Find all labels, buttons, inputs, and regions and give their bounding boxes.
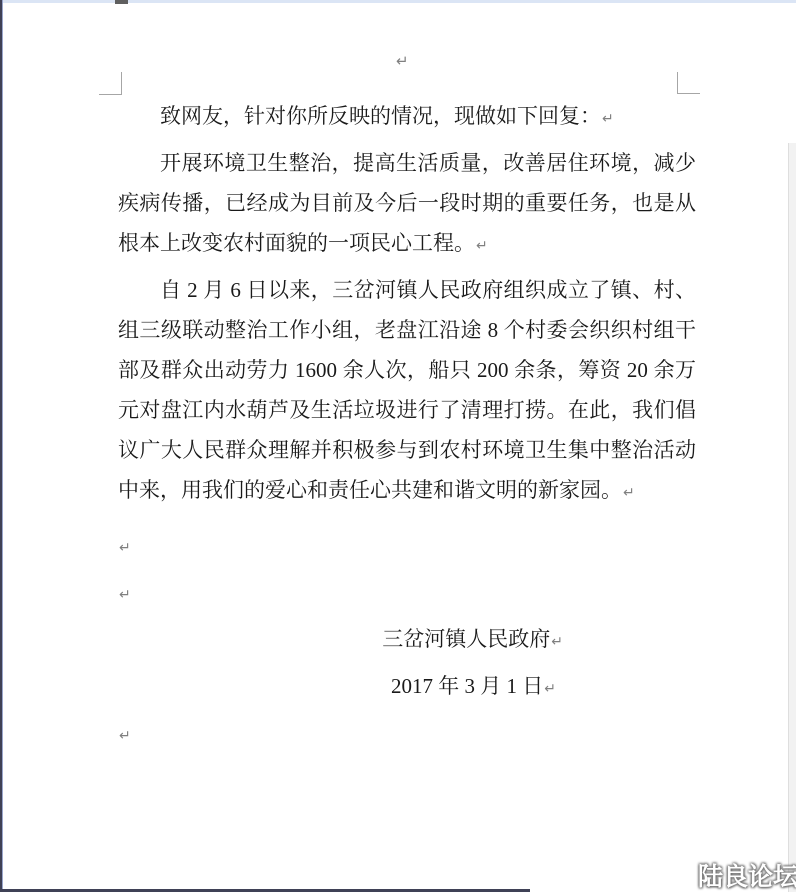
empty-paragraph[interactable]: ↵: [118, 713, 696, 756]
signature-line[interactable]: 三岔河镇人民政府↵: [118, 619, 696, 662]
paragraph-mark-icon: ↵: [476, 238, 488, 254]
window-left-border-highlight: [2, 0, 3, 892]
ruler-indent-marker: [115, 0, 128, 4]
paragraph-mark-icon: ↵: [544, 681, 556, 697]
empty-paragraph[interactable]: ↵: [118, 525, 696, 568]
paragraph-mark-icon: ↵: [119, 728, 131, 744]
paragraph-text: 开展环境卫生整治，提高生活质量，改善居住环境，减少疾病传播，已经成为目前及今后一…: [118, 151, 696, 255]
date-line[interactable]: 2017 年 3 月 1 日↵: [118, 666, 696, 709]
text-boundary-mark-top-right: [677, 72, 700, 94]
header-paragraph-mark-icon: ↵: [396, 52, 409, 70]
signature-text: 三岔河镇人民政府: [382, 627, 550, 651]
paragraph-mark-icon: ↵: [119, 540, 131, 556]
date-text: 2017 年 3 月 1 日: [391, 674, 543, 698]
paragraph-text: 自 2 月 6 日以来，三岔河镇人民政府组织成立了镇、村、组三级联动整治工作小组…: [118, 278, 696, 502]
text-boundary-mark-top-left: [99, 72, 122, 95]
page-right-edge: [788, 143, 796, 892]
paragraph-intro[interactable]: 开展环境卫生整治，提高生活质量，改善居住环境，减少疾病传播，已经成为目前及今后一…: [118, 143, 696, 266]
document-text-area[interactable]: 致网友，针对你所反映的情况，现做如下回复：↵ 开展环境卫生整治，提高生活质量，改…: [118, 96, 696, 760]
paragraph-mark-icon: ↵: [602, 111, 614, 127]
forum-watermark: 陆良论坛: [698, 857, 796, 892]
paragraph-mark-icon: ↵: [623, 485, 635, 501]
paragraph-measures[interactable]: 自 2 月 6 日以来，三岔河镇人民政府组织成立了镇、村、组三级联动整治工作小组…: [118, 270, 696, 513]
word-document-window: { "document": { "header_mark": "↵", "par…: [0, 0, 796, 892]
paragraph-mark-icon: ↵: [119, 587, 131, 603]
paragraph-text: 致网友，针对你所反映的情况，现做如下回复：: [160, 104, 601, 128]
paragraph-salutation[interactable]: 致网友，针对你所反映的情况，现做如下回复：↵: [118, 96, 696, 139]
paragraph-mark-icon: ↵: [551, 634, 563, 650]
empty-paragraph[interactable]: ↵: [118, 572, 696, 615]
